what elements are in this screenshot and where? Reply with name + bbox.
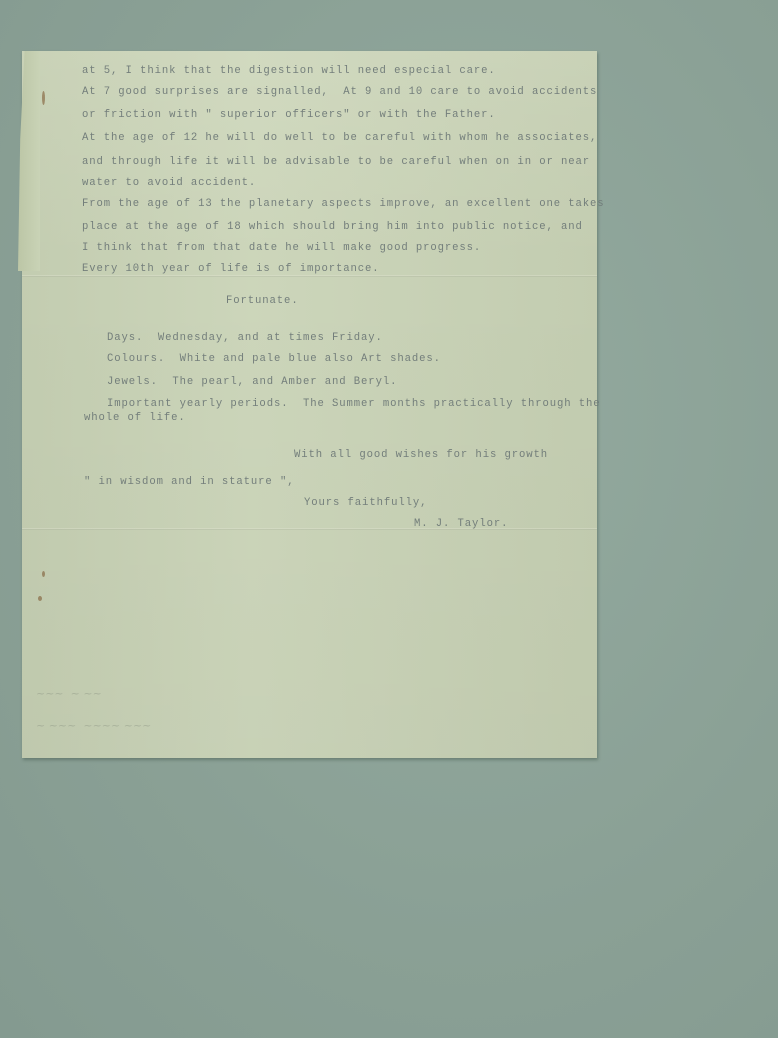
body-line: and through life it will be advisable to…: [82, 156, 590, 168]
torn-edge: [18, 51, 40, 271]
body-line: At 7 good surprises are signalled, At 9 …: [82, 86, 597, 98]
signature: M. J. Taylor.: [414, 518, 508, 530]
fortunate-periods-value: The Summer months practically through th…: [303, 398, 601, 410]
closing-wish-1: With all good wishes for his growth: [294, 449, 548, 461]
body-line: or friction with " superior officers" or…: [82, 109, 496, 121]
valediction: Yours faithfully,: [304, 497, 427, 509]
fortunate-continuation: whole of life.: [84, 412, 186, 424]
body-line: I think that from that date he will make…: [82, 242, 481, 254]
body-line: Every 10th year of life is of importance…: [82, 263, 380, 275]
body-line: From the age of 13 the planetary aspects…: [82, 198, 605, 210]
fortunate-heading: Fortunate.: [226, 295, 299, 307]
closing-wish-2: " in wisdom and in stature ",: [84, 476, 294, 488]
fold-line: [22, 275, 597, 277]
pencil-note: ~~~ ~ ~~: [36, 687, 102, 700]
letter-page: at 5, I think that the digestion will ne…: [22, 51, 597, 758]
rust-stain: [42, 91, 45, 105]
fortunate-periods-label: Important yearly periods.: [107, 398, 288, 410]
body-line: At the age of 12 he will do well to be c…: [82, 132, 597, 144]
body-line: water to avoid accident.: [82, 177, 256, 189]
fold-line: [22, 528, 597, 530]
pencil-note: ~ ~~~ ~~~~ ~~~: [36, 719, 151, 732]
body-line: place at the age of 18 which should brin…: [82, 221, 583, 233]
rust-stain: [42, 571, 45, 577]
rust-stain: [38, 596, 42, 601]
body-line: at 5, I think that the digestion will ne…: [82, 65, 496, 77]
